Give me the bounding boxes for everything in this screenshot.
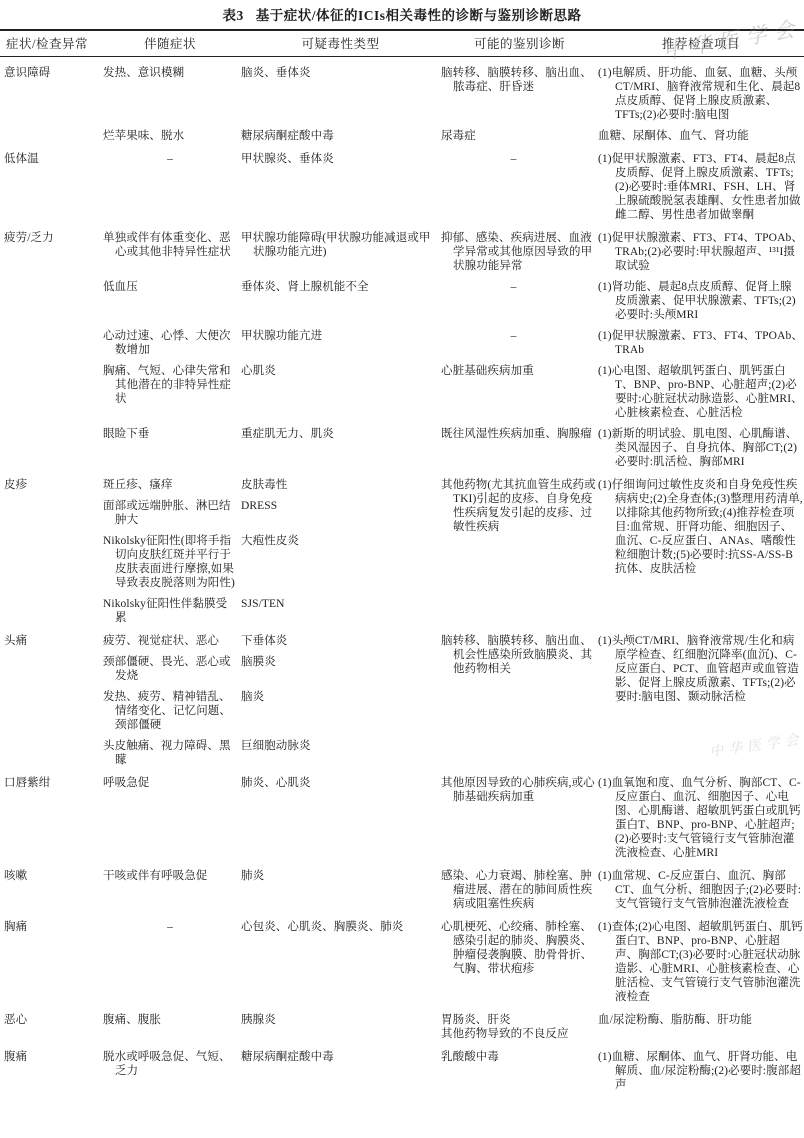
differential-diagnosis-cell: 既往风湿性疾病加重、胸腺瘤: [441, 427, 598, 469]
symptom-group: 腹痛脱水或呼吸急促、气短、乏力糖尿病酮症酸中毒乳酸酸中毒(1)血糖、尿酮体、血气…: [0, 1050, 804, 1092]
suspected-toxicity-cell: 糖尿病酮症酸中毒: [240, 129, 441, 143]
differential-diagnosis-cell: 脑转移、脑膜转移、脑出血、机会性感染所致脑膜炎、其他药物相关: [441, 634, 598, 767]
differential-paragraph: 尿毒症: [453, 129, 596, 143]
suspected-toxicity-cell: 垂体炎、肾上腺机能不全: [240, 280, 441, 322]
recommended-tests-cell: (1)血常规、C-反应蛋白、血沉、胸部CT、血气分析、细胞因子;(2)必要时:支…: [598, 869, 804, 911]
suspected-toxicity-cell: 心包炎、心肌炎、胸膜炎、肺炎: [240, 920, 441, 1004]
differential-diagnosis-cell: 其他原因导致的心肺疾病,或心肺基础疾病加重: [441, 776, 598, 860]
differential-diagnosis-cell: 尿毒症: [441, 129, 598, 143]
accompanying-symptom-cell: Nikolsky征阳性(即将手指切向皮肤红斑并平行于皮肤表面进行摩擦,如果导致表…: [100, 534, 240, 590]
accompanying-symptom-cell: 胸痛、气短、心律失常和其他潜在的非特异性症状: [100, 364, 240, 420]
table-title: 表3基于症状/体征的ICIs相关毒性的诊断与鉴别诊断思路: [0, 0, 804, 24]
recommended-tests-cell: 血糖、尿酮体、血气、肾功能: [598, 129, 804, 143]
table-header-row: 症状/检查异常 伴随症状 可疑毒性类型 可能的鉴别诊断 推荐检查项目: [0, 29, 804, 57]
accompanying-symptom-cell: 心动过速、心悸、大便次数增加: [100, 329, 240, 357]
differential-paragraph: –: [441, 280, 598, 294]
col-header-tests: 推荐检查项目: [598, 34, 804, 52]
accompanying-symptom-cell: 发热、疲劳、精神错乱、情绪变化、记忆问题、颈部僵硬: [100, 690, 240, 732]
suspected-toxicity-cell: 甲状腺功能障碍(甲状腺功能减退或甲状腺功能亢进): [240, 231, 441, 273]
suspected-toxicity-cell: 脑炎: [240, 690, 441, 732]
accompanying-symptom-cell: 单独或伴有体重变化、恶心或其他非特异性症状: [100, 231, 240, 273]
accompanying-symptom-cell: 疲劳、视觉症状、恶心: [100, 634, 240, 648]
symptom-cell: 低体温: [0, 152, 100, 222]
suspected-toxicity-cell: SJS/TEN: [240, 597, 441, 625]
suspected-toxicity-cell: 重症肌无力、肌炎: [240, 427, 441, 469]
accompanying-symptom-cell: 干咳或伴有呼吸急促: [100, 869, 240, 911]
table-title-text: 基于症状/体征的ICIs相关毒性的诊断与鉴别诊断思路: [256, 8, 582, 23]
accompanying-symptom-cell: 低血压: [100, 280, 240, 322]
recommended-tests-cell: (1)心电图、超敏肌钙蛋白、肌钙蛋白T、BNP、pro-BNP、心脏超声;(2)…: [598, 364, 804, 420]
differential-paragraph: 心脏基础疾病加重: [453, 364, 596, 378]
accompanying-symptom-cell: 面部或远端肿胀、淋巴结肿大: [100, 499, 240, 527]
diagnosis-table: 症状/检查异常 伴随症状 可疑毒性类型 可能的鉴别诊断 推荐检查项目 意识障碍发…: [0, 29, 804, 1092]
accompanying-symptom-cell: Nikolsky征阳性伴黏膜受累: [100, 597, 240, 625]
symptom-group: 低体温–甲状腺炎、垂体炎–(1)促甲状腺激素、FT3、FT4、晨起8点皮质醇、促…: [0, 152, 804, 222]
symptom-group: 恶心腹痛、腹胀胰腺炎胃肠炎、肝炎其他药物导致的不良反应血/尿淀粉酶、脂肪酶、肝功…: [0, 1013, 804, 1041]
symptom-group: 胸痛–心包炎、心肌炎、胸膜炎、肺炎心肌梗死、心绞痛、肺栓塞、感染引起的肺炎、胸膜…: [0, 920, 804, 1004]
symptom-cell: 皮疹: [0, 478, 100, 492]
differential-paragraph: –: [441, 329, 598, 343]
recommended-tests-cell: 血/尿淀粉酶、脂肪酶、肝功能: [598, 1013, 804, 1041]
accompanying-symptom-cell: –: [100, 152, 240, 222]
differential-paragraph: 心肌梗死、心绞痛、肺栓塞、感染引起的肺炎、胸膜炎、肿瘤侵袭胸膜、肋骨骨折、气胸、…: [453, 920, 596, 976]
col-header-toxicity: 可疑毒性类型: [240, 34, 441, 52]
suspected-toxicity-cell: 巨细胞动脉炎: [240, 739, 441, 767]
differential-paragraph: 胃肠炎、肝炎: [453, 1013, 596, 1027]
table-body: 意识障碍发热、意识模糊脑炎、垂体炎脑转移、脑膜转移、脑出血、脓毒症、肝昏迷(1)…: [0, 66, 804, 1092]
accompanying-symptom-cell: 烂苹果味、脱水: [100, 129, 240, 143]
symptom-cell: 腹痛: [0, 1050, 100, 1092]
accompanying-symptom-cell: 脱水或呼吸急促、气短、乏力: [100, 1050, 240, 1092]
differential-diagnosis-cell: –: [441, 152, 598, 222]
accompanying-symptom-cell: 发热、意识模糊: [100, 66, 240, 122]
differential-diagnosis-cell: 其他药物(尤其抗血管生成药或TKI)引起的皮疹、自身免疫性疾病复发引起的皮疹、过…: [441, 478, 598, 625]
accompanying-symptom-cell: 斑丘疹、瘙痒: [100, 478, 240, 492]
symptom-group: 咳嗽干咳或伴有呼吸急促肺炎感染、心力衰竭、肺栓塞、肿瘤进展、潜在的肺间质性疾病或…: [0, 869, 804, 911]
suspected-toxicity-cell: 脑炎、垂体炎: [240, 66, 441, 122]
recommended-tests-cell: (1)仔细询问过敏性皮炎和自身免疫性疾病病史;(2)全身查体;(3)整理用药清单…: [598, 478, 804, 625]
suspected-toxicity-cell: 甲状腺炎、垂体炎: [240, 152, 441, 222]
symptom-cell: 口唇紫绀: [0, 776, 100, 860]
recommended-tests-cell: (1)电解质、肝功能、血氨、血糖、头颅CT/MRI、脑脊液常规和生化、晨起8点皮…: [598, 66, 804, 122]
differential-paragraph: 其他药物(尤其抗血管生成药或TKI)引起的皮疹、自身免疫性疾病复发引起的皮疹、过…: [453, 478, 596, 534]
recommended-tests-cell: (1)血氧饱和度、血气分析、胸部CT、C-反应蛋白、血沉、细胞因子、心电图、心肌…: [598, 776, 804, 860]
differential-diagnosis-cell: 脑转移、脑膜转移、脑出血、脓毒症、肝昏迷: [441, 66, 598, 122]
symptom-group: 头痛疲劳、视觉症状、恶心下垂体炎脑转移、脑膜转移、脑出血、机会性感染所致脑膜炎、…: [0, 634, 804, 767]
suspected-toxicity-cell: 脑膜炎: [240, 655, 441, 683]
accompanying-symptom-cell: 呼吸急促: [100, 776, 240, 860]
suspected-toxicity-cell: 肺炎: [240, 869, 441, 911]
differential-paragraph: 感染、心力衰竭、肺栓塞、肿瘤进展、潜在的肺间质性疾病或阻塞性疾病: [453, 869, 596, 911]
suspected-toxicity-cell: 大疱性皮炎: [240, 534, 441, 590]
differential-diagnosis-cell: 心脏基础疾病加重: [441, 364, 598, 420]
differential-diagnosis-cell: –: [441, 329, 598, 357]
differential-paragraph: 其他药物导致的不良反应: [453, 1027, 596, 1041]
symptom-cell: 疲劳/乏力: [0, 231, 100, 273]
recommended-tests-cell: (1)肾功能、晨起8点皮质醇、促肾上腺皮质激素、促甲状腺激素、TFTs;(2)必…: [598, 280, 804, 322]
col-header-symptom: 症状/检查异常: [0, 34, 100, 52]
suspected-toxicity-cell: 肺炎、心肌炎: [240, 776, 441, 860]
symptom-group: 意识障碍发热、意识模糊脑炎、垂体炎脑转移、脑膜转移、脑出血、脓毒症、肝昏迷(1)…: [0, 66, 804, 143]
differential-diagnosis-cell: 感染、心力衰竭、肺栓塞、肿瘤进展、潜在的肺间质性疾病或阻塞性疾病: [441, 869, 598, 911]
col-header-accompany: 伴随症状: [100, 34, 240, 52]
accompanying-symptom-cell: 颈部僵硬、畏光、恶心或发烧: [100, 655, 240, 683]
differential-paragraph: –: [441, 152, 598, 166]
suspected-toxicity-cell: 下垂体炎: [240, 634, 441, 648]
differential-paragraph: 脑转移、脑膜转移、脑出血、脓毒症、肝昏迷: [453, 66, 596, 94]
recommended-tests-cell: (1)促甲状腺激素、FT3、FT4、晨起8点皮质醇、促肾上腺皮质激素、TFTs;…: [598, 152, 804, 222]
recommended-tests-cell: (1)新斯的明试验、肌电图、心肌酶谱、类风湿因子、自身抗体、胸部CT;(2)必要…: [598, 427, 804, 469]
recommended-tests-cell: (1)血糖、尿酮体、血气、肝肾功能、电解质、血/尿淀粉酶;(2)必要时:腹部超声: [598, 1050, 804, 1092]
recommended-tests-cell: (1)查体;(2)心电图、超敏肌钙蛋白、肌钙蛋白T、BNP、pro-BNP、心脏…: [598, 920, 804, 1004]
differential-paragraph: 乳酸酸中毒: [453, 1050, 596, 1064]
symptom-cell: 恶心: [0, 1013, 100, 1041]
recommended-tests-cell: (1)促甲状腺激素、FT3、FT4、TPOAb、TRAb: [598, 329, 804, 357]
accompanying-symptom-cell: 眼睑下垂: [100, 427, 240, 469]
differential-diagnosis-cell: 胃肠炎、肝炎其他药物导致的不良反应: [441, 1013, 598, 1041]
accompanying-symptom-cell: 头皮触痛、视力障碍、黑矇: [100, 739, 240, 767]
suspected-toxicity-cell: DRESS: [240, 499, 441, 527]
symptom-group: 疲劳/乏力单独或伴有体重变化、恶心或其他非特异性症状甲状腺功能障碍(甲状腺功能减…: [0, 231, 804, 469]
symptom-group: 口唇紫绀呼吸急促肺炎、心肌炎其他原因导致的心肺疾病,或心肺基础疾病加重(1)血氧…: [0, 776, 804, 860]
suspected-toxicity-cell: 心肌炎: [240, 364, 441, 420]
differential-paragraph: 抑郁、感染、疾病进展、血液学异常或其他原因导致的甲状腺功能异常: [453, 231, 596, 273]
suspected-toxicity-cell: 糖尿病酮症酸中毒: [240, 1050, 441, 1092]
col-header-differential: 可能的鉴别诊断: [441, 34, 598, 52]
differential-paragraph: 既往风湿性疾病加重、胸腺瘤: [453, 427, 596, 441]
differential-diagnosis-cell: 乳酸酸中毒: [441, 1050, 598, 1092]
symptom-cell: 意识障碍: [0, 66, 100, 122]
suspected-toxicity-cell: 甲状腺功能亢进: [240, 329, 441, 357]
suspected-toxicity-cell: 胰腺炎: [240, 1013, 441, 1041]
differential-diagnosis-cell: –: [441, 280, 598, 322]
symptom-cell: 咳嗽: [0, 869, 100, 911]
differential-diagnosis-cell: 心肌梗死、心绞痛、肺栓塞、感染引起的肺炎、胸膜炎、肿瘤侵袭胸膜、肋骨骨折、气胸、…: [441, 920, 598, 1004]
differential-diagnosis-cell: 抑郁、感染、疾病进展、血液学异常或其他原因导致的甲状腺功能异常: [441, 231, 598, 273]
accompanying-symptom-cell: –: [100, 920, 240, 1004]
differential-paragraph: 脑转移、脑膜转移、脑出血、机会性感染所致脑膜炎、其他药物相关: [453, 634, 596, 676]
differential-paragraph: 其他原因导致的心肺疾病,或心肺基础疾病加重: [453, 776, 596, 804]
accompanying-symptom-cell: 腹痛、腹胀: [100, 1013, 240, 1041]
suspected-toxicity-cell: 皮肤毒性: [240, 478, 441, 492]
symptom-cell: 头痛: [0, 634, 100, 648]
recommended-tests-cell: (1)头颅CT/MRI、脑脊液常规/生化和病原学检查、红细胞沉降率(血沉)、C-…: [598, 634, 804, 767]
symptom-group: 皮疹斑丘疹、瘙痒皮肤毒性其他药物(尤其抗血管生成药或TKI)引起的皮疹、自身免疫…: [0, 478, 804, 625]
symptom-cell: 胸痛: [0, 920, 100, 1004]
recommended-tests-cell: (1)促甲状腺激素、FT3、FT4、TPOAb、TRAb;(2)必要时:甲状腺超…: [598, 231, 804, 273]
table-number: 表3: [222, 8, 243, 23]
scanned-table-page: 表3基于症状/体征的ICIs相关毒性的诊断与鉴别诊断思路 中华医学会 中华医学会…: [0, 0, 804, 1138]
